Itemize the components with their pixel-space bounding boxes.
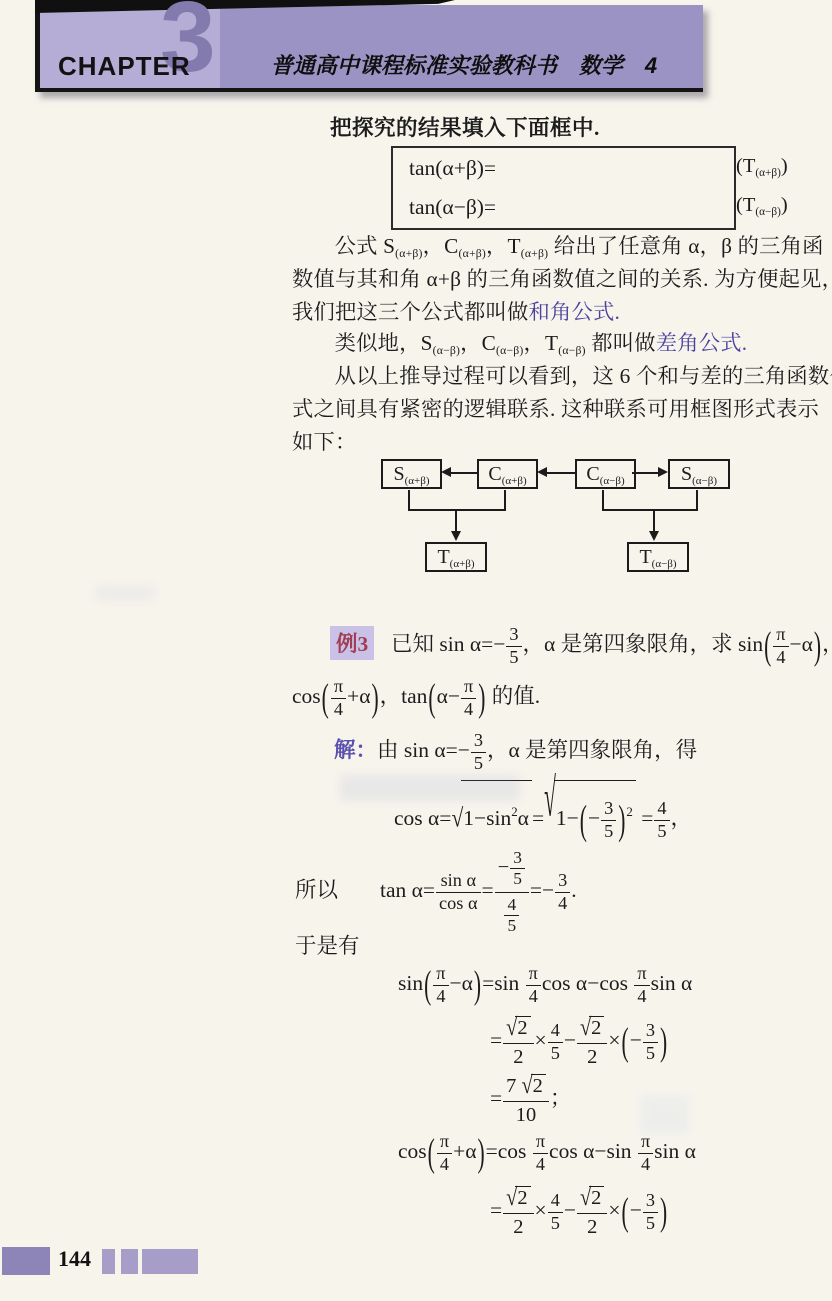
math-seg: 7	[506, 1075, 521, 1097]
math-seg: π4	[330, 677, 347, 718]
diagram-line	[504, 490, 506, 509]
math-seg: ×	[535, 1028, 547, 1052]
radical-icon: √	[506, 1186, 517, 1212]
paragraph-line: 公式 S(α+β)，C(α+β)，T(α+β) 给出了任意角 α，β 的三角函	[292, 230, 828, 263]
math-seg: sin α	[654, 1139, 696, 1163]
math-seg: =cos	[486, 1139, 532, 1163]
radical-icon: √	[580, 1186, 591, 1212]
math-seg: 都叫做	[586, 331, 656, 355]
math-seg: T	[639, 546, 651, 568]
math-seg: 2	[626, 805, 632, 819]
suoyi-label: 所以	[295, 878, 338, 902]
math-seg: 45	[547, 1021, 564, 1062]
diagram-box-c-minus: C(α−β)	[575, 459, 636, 489]
math-seg: )	[473, 940, 482, 1030]
math-seg: (α−β)	[600, 475, 625, 487]
paragraph-line: 类似地，S(α−β)，C(α−β)，T(α−β) 都叫做差角公式.	[292, 327, 828, 360]
diagram-line	[408, 490, 410, 509]
math-seg: 2	[591, 1187, 601, 1209]
paragraph-line: 我们把这三个公式都叫做和角公式.	[292, 296, 828, 329]
math-seg: ，T	[524, 331, 559, 355]
math-seg: (	[763, 606, 772, 685]
diagram-line	[602, 509, 698, 511]
math-seg: 数值与其和角 α+β 的三角函数值之间的关系. 为方便起见，	[292, 267, 832, 291]
math-seg: (	[321, 658, 330, 737]
math-seg: −	[630, 1198, 642, 1222]
diagram-line	[602, 490, 604, 509]
diagram-arrow-line	[450, 472, 477, 474]
math-seg: ，tan	[380, 684, 428, 708]
sin-equation-step1: sin(π4−α)=sin π4cos α−cos π4sin α	[398, 958, 692, 1010]
diagram-line	[653, 509, 655, 532]
math-seg: √2	[506, 1016, 530, 1039]
label-T-diff: (T(α−β))	[736, 185, 788, 224]
math-seg: T	[437, 546, 449, 568]
math-seg: √22	[576, 1186, 608, 1238]
math-seg: (α+β)	[405, 475, 430, 487]
math-seg: )	[659, 995, 668, 1089]
math-seg: S	[681, 463, 692, 485]
math-seg: (	[621, 995, 630, 1089]
math-seg: 给出了任意角 α，β 的三角函	[548, 234, 823, 258]
arrow-down-icon	[451, 531, 461, 541]
math-seg: ；	[550, 1086, 572, 1110]
math-seg: −	[564, 1198, 576, 1222]
math-seg: sin	[398, 971, 423, 995]
math-seg: (α+β)	[459, 247, 486, 260]
math-seg: 35	[509, 849, 526, 888]
book-title: 普通高中课程标准实验教科书 数学 4	[235, 49, 693, 80]
footer-square	[102, 1249, 115, 1274]
math-seg: 类似地，S	[335, 331, 433, 355]
diagram-line	[408, 509, 506, 511]
math-seg: (	[423, 940, 432, 1030]
paragraph-line: 如下：	[292, 426, 828, 459]
math-seg: −α	[790, 632, 813, 656]
math-seg: .	[571, 878, 576, 902]
math-seg: −	[630, 1028, 642, 1052]
math-seg: ，T	[486, 234, 521, 258]
example-badge: 例3	[330, 626, 374, 660]
math-seg: (	[621, 1165, 630, 1259]
math-seg: 35	[600, 799, 617, 840]
chapter-header: 3 CHAPTER 普通高中课程标准实验教科书 数学 4	[35, 5, 703, 92]
formula-box: tan(α+β)= tan(α−β)=	[391, 146, 736, 230]
chapter-header-right: 普通高中课程标准实验教科书 数学 4	[220, 5, 703, 88]
sin-equation-step2: =√22×45−√22×(−35)	[490, 1014, 668, 1068]
footer-bar	[2, 1247, 50, 1275]
math-seg: −	[498, 857, 510, 879]
math-seg: π4	[532, 1132, 549, 1173]
math-seg: cos	[398, 1139, 427, 1163]
chapter-word: CHAPTER	[58, 51, 191, 82]
arrow-left-icon	[441, 467, 451, 477]
radical-icon: √	[506, 1016, 517, 1042]
math-seg: )	[370, 658, 379, 737]
math-seg: +α	[453, 1139, 476, 1163]
diagram-box-s-minus: S(α−β)	[668, 459, 730, 489]
math-seg: π4	[432, 964, 449, 1005]
math-seg: √2	[506, 1186, 530, 1209]
math-seg: π4	[525, 964, 542, 1005]
math-seg: =	[636, 806, 654, 830]
math-seg: (α−β)	[558, 344, 585, 357]
math-seg: cos α−cos	[542, 971, 633, 995]
math-seg: =	[490, 1028, 502, 1052]
math-seg: ×	[608, 1198, 620, 1222]
radical-icon: √	[521, 1074, 532, 1100]
math-seg: )	[781, 194, 788, 216]
math-seg: α−	[437, 684, 460, 708]
math-seg: )	[813, 606, 822, 685]
math-seg: √2	[521, 1074, 545, 1097]
math-seg: (	[427, 1108, 436, 1198]
page-number: 144	[58, 1246, 91, 1272]
arrow-right-icon	[658, 467, 668, 477]
math-seg: =	[490, 1086, 502, 1110]
math-seg: 我们把这三个公式都叫做	[292, 300, 528, 324]
cos-equation-step1: cos(π4+α)=cos π4cos α−sin π4sin α	[398, 1126, 696, 1178]
yushi-label: 于是有	[295, 930, 360, 963]
math-seg: π4	[772, 625, 789, 666]
solution-line1: 解：由 sin α=−35，α 是第四象限角，得	[334, 728, 697, 773]
diagram-arrow-line	[546, 472, 575, 474]
paragraph-line: 式之间具有紧密的逻辑联系. 这种联系可用框图形式表示	[292, 393, 828, 426]
math-seg: =	[490, 1198, 502, 1222]
bleed-through-smudge	[95, 585, 155, 601]
math-seg: (α−β)	[433, 344, 460, 357]
math-seg: 35	[505, 625, 522, 666]
math-seg: ，α 是第四象限角，求 sin	[523, 632, 764, 656]
math-seg: (α+β)	[755, 167, 781, 179]
diagram-line	[696, 490, 698, 509]
cos-equation-step2: =√22×45−√22×(−35)	[490, 1184, 668, 1238]
math-seg: 和角公式.	[528, 300, 620, 324]
math-seg: cos α=	[394, 806, 451, 830]
math-seg: √1−sin2α	[451, 780, 532, 848]
math-seg: S	[393, 463, 404, 485]
math-seg: ，	[822, 632, 832, 656]
math-seg: 从以上推导过程可以看到，这 6 个和与差的三角函数公	[335, 364, 832, 388]
formula-tan-sum: tan(α+β)=	[409, 148, 734, 187]
math-seg: √2	[580, 1016, 604, 1039]
math-seg: −	[564, 1028, 576, 1052]
diagram-arrow-line	[632, 472, 658, 474]
formula-labels: (T(α+β)) (T(α−β))	[736, 146, 788, 224]
radical-icon: √	[580, 1016, 591, 1042]
arrow-left-icon	[537, 467, 547, 477]
math-seg: C	[488, 463, 501, 485]
paragraph-line: 从以上推导过程可以看到，这 6 个和与差的三角函数公	[292, 360, 828, 393]
math-seg: −α	[450, 971, 473, 995]
tan-alpha-equation: 所以tan α=sin αcos α=−3545=−34.	[295, 840, 577, 940]
math-seg: cos α−sin	[549, 1139, 637, 1163]
math-seg: (α−β)	[652, 558, 677, 570]
math-seg: 式之间具有紧密的逻辑联系. 这种联系可用框图形式表示	[292, 397, 819, 421]
example-statement-line1: 已知 sin α=−35，α 是第四象限角，求 sin(π4−α)，	[391, 622, 832, 668]
math-seg: )	[476, 1108, 485, 1198]
math-seg: (α−β)	[692, 475, 717, 487]
math-seg: (α+β)	[521, 247, 548, 260]
math-seg: sin αcos α	[435, 871, 482, 912]
math-seg: 2	[591, 1017, 601, 1039]
math-seg: 35	[470, 731, 487, 772]
math-seg: +α	[347, 684, 370, 708]
sin-equation-step3: =7 √210；	[490, 1072, 571, 1126]
math-seg: 2	[517, 1017, 527, 1039]
math-seg: √2	[580, 1186, 604, 1209]
math-seg: =−	[530, 878, 554, 902]
math-seg: )	[477, 658, 486, 737]
diagram-box-c-plus: C(α+β)	[477, 459, 538, 489]
math-seg: 差角公式.	[656, 331, 748, 355]
math-seg: ，C	[460, 331, 496, 355]
chapter-header-left: 3 CHAPTER	[40, 5, 220, 88]
math-seg: 45	[653, 799, 670, 840]
math-seg: π4	[633, 964, 650, 1005]
diagram-box-t-plus: T(α+β)	[425, 542, 487, 572]
math-seg: tan(α+β)=	[409, 156, 496, 180]
paragraph-diff-formulas: 类似地，S(α−β)，C(α−β)，T(α−β) 都叫做差角公式.	[292, 327, 828, 360]
math-seg: ，	[671, 806, 693, 830]
math-seg: sin α	[651, 971, 693, 995]
solution-line1-math: 由 sin α=−35，α 是第四象限角，得	[377, 738, 697, 762]
math-seg: ，C	[423, 234, 459, 258]
math-seg: (	[427, 658, 436, 737]
textbook-page: 3 CHAPTER 普通高中课程标准实验教科书 数学 4 把探究的结果填入下面框…	[0, 0, 832, 1301]
math-seg: √22	[502, 1016, 534, 1068]
footer-square	[121, 1249, 138, 1274]
math-seg: π4	[637, 1132, 654, 1173]
diagram-box-s-plus: S(α+β)	[381, 459, 442, 489]
diagram-line	[455, 509, 457, 532]
math-seg: 已知 sin α=−	[391, 632, 505, 656]
paragraph-sum-formulas: 公式 S(α+β)，C(α+β)，T(α+β) 给出了任意角 α，β 的三角函 …	[292, 230, 828, 329]
math-seg: (α+β)	[450, 558, 475, 570]
math-seg: tan α=	[380, 878, 435, 902]
math-seg: (T	[736, 155, 755, 177]
math-seg: )	[659, 1165, 668, 1259]
math-seg: 2	[533, 1075, 543, 1097]
math-seg: 的值.	[486, 684, 540, 708]
math-seg: π4	[436, 1132, 453, 1173]
math-seg: =	[532, 806, 544, 830]
math-seg: (α+β)	[395, 247, 422, 260]
paragraph-logic-links: 从以上推导过程可以看到，这 6 个和与差的三角函数公 式之间具有紧密的逻辑联系.…	[292, 360, 828, 459]
math-seg: )	[617, 763, 626, 877]
lead-sentence: 把探究的结果填入下面框中.	[330, 111, 600, 142]
math-seg: (α−β)	[496, 344, 523, 357]
math-seg: 由 sin α=−	[377, 738, 470, 762]
math-seg: =	[482, 878, 494, 902]
math-seg: =sin	[482, 971, 525, 995]
paragraph-line: 数值与其和角 α+β 的三角函数值之间的关系. 为方便起见，	[292, 263, 828, 296]
math-seg: (α+β)	[502, 475, 527, 487]
math-seg: cos	[292, 684, 321, 708]
math-seg: ×	[608, 1028, 620, 1052]
math-seg: √22	[502, 1186, 534, 1238]
formula-tan-diff: tan(α−β)=	[409, 187, 734, 226]
math-seg: ，α 是第四象限角，得	[487, 738, 697, 762]
math-seg: π4	[460, 677, 477, 718]
diagram-box-t-minus: T(α−β)	[627, 542, 689, 572]
label-T-sum: (T(α+β))	[736, 146, 788, 185]
arrow-down-icon	[649, 531, 659, 541]
math-seg: )	[781, 155, 788, 177]
math-seg: 1−sin	[463, 806, 511, 830]
math-seg: 45	[547, 1191, 564, 1232]
math-seg: ×	[535, 1198, 547, 1222]
math-seg: tan(α−β)=	[409, 195, 496, 219]
math-seg: 34	[554, 871, 571, 912]
math-seg: 7 √210	[502, 1074, 550, 1126]
example-statement-line2: cos(π4+α)，tan(α−π4) 的值.	[292, 674, 540, 720]
footer-bar	[142, 1249, 198, 1274]
math-seg: α	[518, 806, 529, 830]
math-seg: −3545	[494, 849, 530, 935]
tan-alpha-math: tan α=sin αcos α=−3545=−34.	[380, 878, 577, 902]
math-seg: 35	[642, 1021, 659, 1062]
math-seg: 2	[517, 1187, 527, 1209]
math-seg: √22	[576, 1016, 608, 1068]
solution-label: 解：	[334, 738, 377, 762]
math-seg: (α−β)	[755, 206, 781, 218]
math-seg: 如下：	[292, 430, 357, 454]
math-seg: −	[588, 806, 600, 830]
math-seg: 35	[642, 1191, 659, 1232]
math-seg: (	[579, 763, 588, 877]
math-seg: 公式 S	[335, 234, 396, 258]
math-seg: (T	[736, 194, 755, 216]
math-seg: C	[586, 463, 599, 485]
math-seg: 1−	[556, 806, 579, 830]
math-seg: 45	[503, 896, 520, 935]
